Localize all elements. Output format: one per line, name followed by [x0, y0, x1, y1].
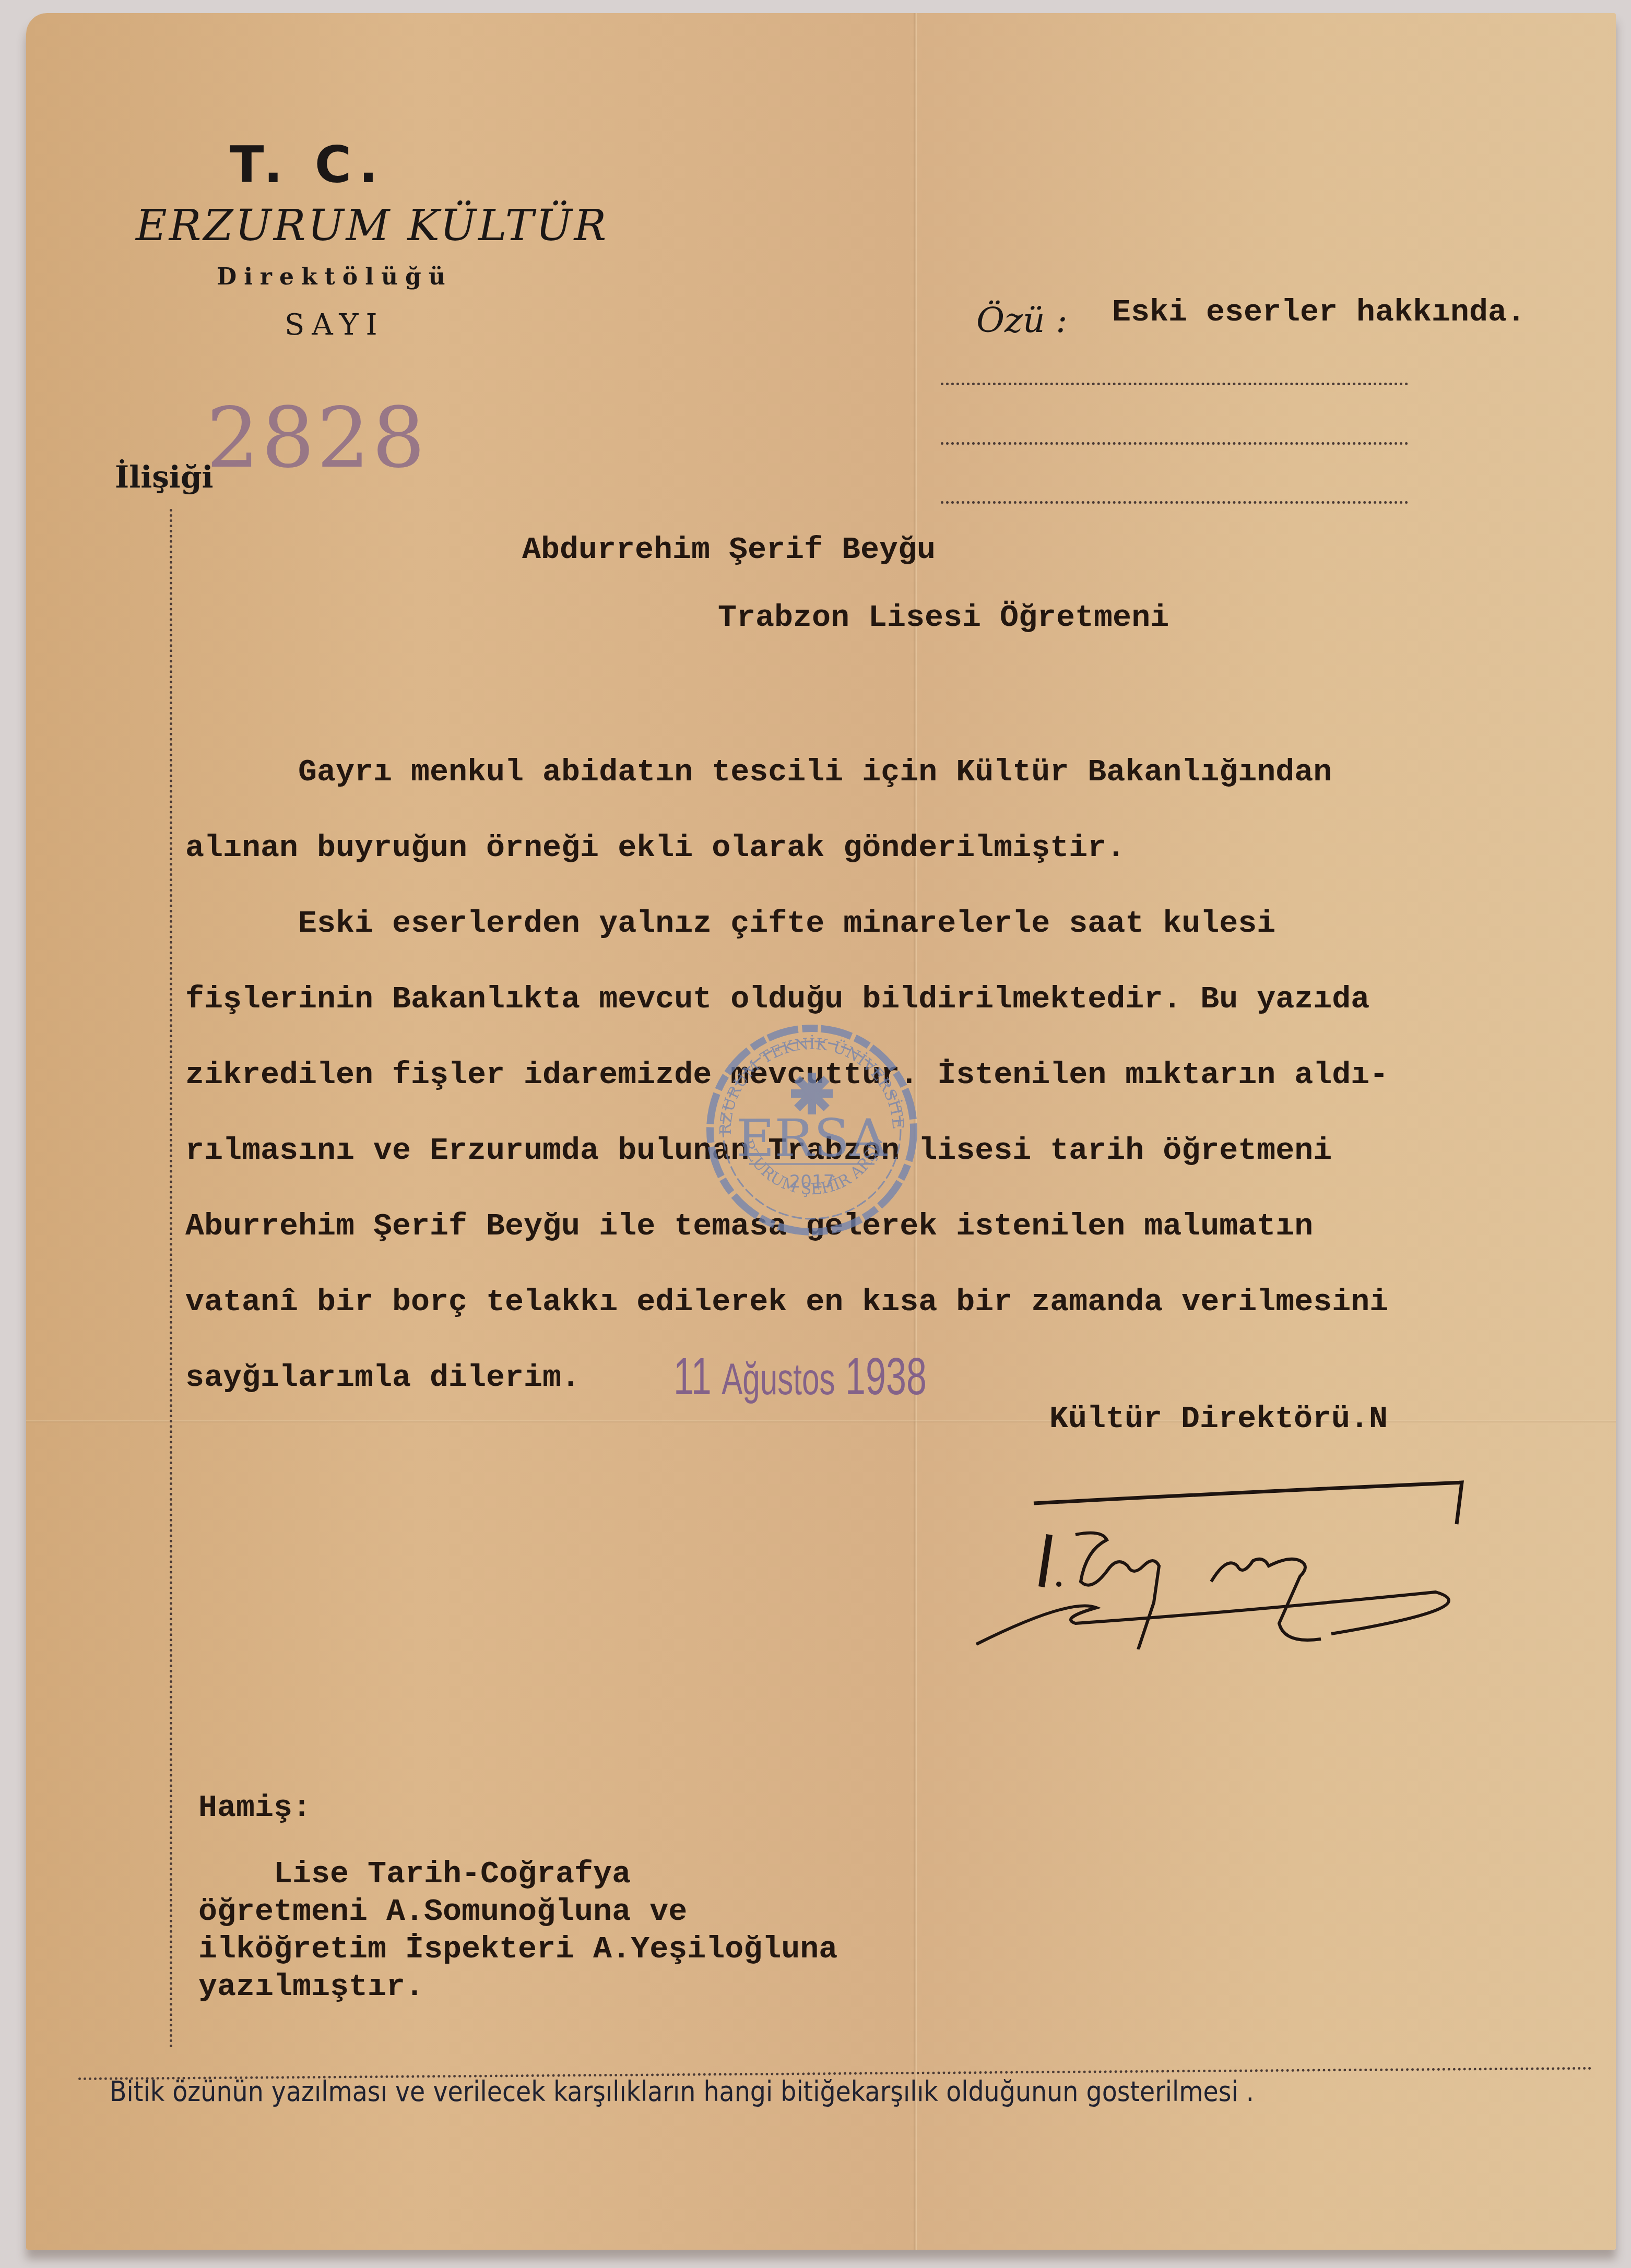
postscript-line: ilköğretim İspekteri A.Yeşiloğluna [198, 1931, 837, 1968]
body-line: alınan buyruğun örneği ekli olarak gönde… [185, 811, 1605, 886]
postscript-label: Hamiş: [198, 1790, 311, 1826]
number-label: SAYI [285, 308, 385, 342]
subject-dotted-line [941, 383, 1408, 385]
subject-dotted-line [941, 442, 1408, 445]
svg-text:2017: 2017 [789, 1171, 835, 1192]
postscript-line: öğretmeni A.Somunoğluna ve [198, 1893, 837, 1931]
handwritten-signature [966, 1477, 1488, 1649]
archive-seal-stamp: ERZURUM TEKNİK ÜNİVERSİTESİ ERZURUM ŞEHİ… [700, 1020, 924, 1240]
document-number-stamp: 2828 [206, 389, 427, 486]
date-year: 1938 [845, 1347, 927, 1406]
svg-text:ERSA: ERSA [736, 1108, 888, 1169]
body-line: Gayrı menkul abidatın tescili için Kültü… [185, 735, 1605, 811]
attachment-label: İlişiği [115, 459, 213, 495]
postscript-line: yazılmıştır. [198, 1968, 837, 2006]
office-name: ERZURUM KÜLTÜR [136, 201, 608, 251]
date-month: Ağustos [722, 1354, 835, 1404]
date-stamp: 11 Ağustos 1938 [673, 1347, 927, 1407]
date-day: 11 [673, 1347, 712, 1406]
recipient-name: Abdurrehim Şerif Beyğu [522, 532, 936, 568]
subject-dotted-line [941, 501, 1408, 504]
body-line: Eski eserlerden yalnız çifte minarelerle… [185, 886, 1605, 962]
subject-label: Özü : [976, 300, 1068, 340]
left-margin-dotted-line [170, 509, 172, 2049]
recipient-title: Trabzon Lisesi Öğretmeni [718, 600, 1169, 636]
footer-instructions: Bitik özünün yazılması ve verilecek karş… [110, 2075, 1254, 2108]
body-line: vatanî bir borç telakkı edilerek en kısa… [185, 1265, 1605, 1340]
office-subtitle: Direktölüğü [217, 264, 453, 290]
signatory-title: Kültür Direktörü.N [1049, 1402, 1388, 1437]
postscript-line: Lise Tarih-Coğrafya [198, 1856, 837, 1893]
subject-value: Eski eserler hakkında. [1112, 295, 1526, 330]
republic-header: T. C. [230, 136, 385, 194]
postscript-body: Lise Tarih-Coğrafya öğretmeni A.Somunoğl… [198, 1856, 837, 2006]
